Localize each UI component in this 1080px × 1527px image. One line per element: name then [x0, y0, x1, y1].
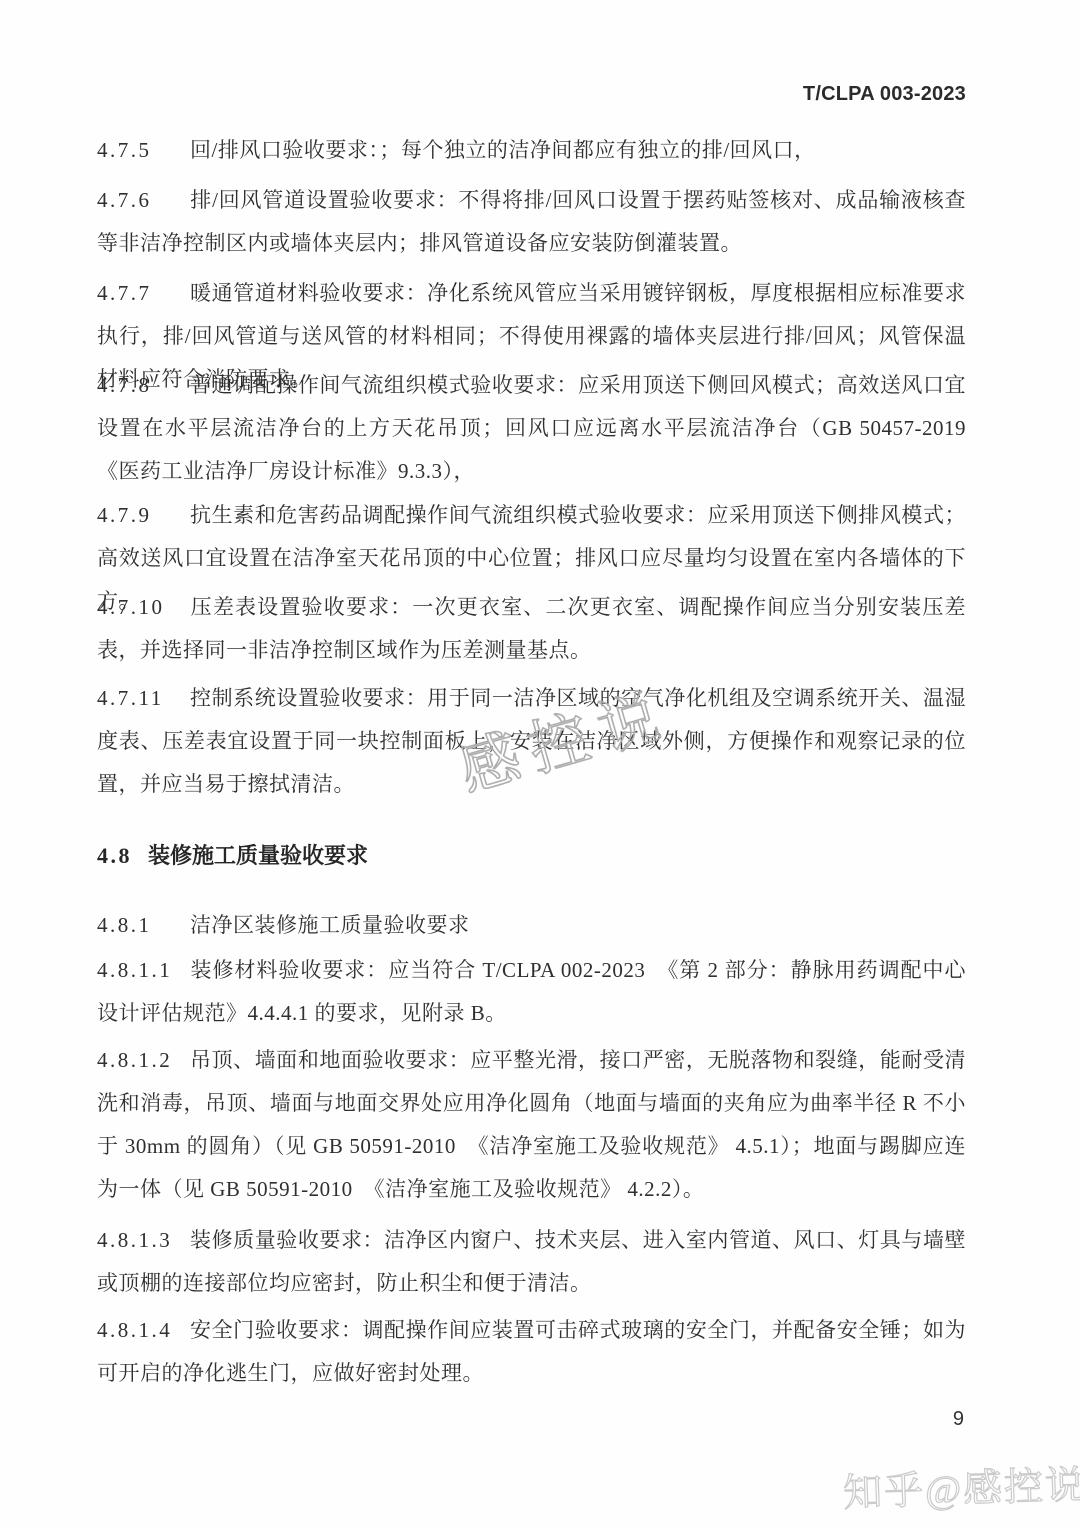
clause-4-7-8: 4.7.8普通调配操作间气流组织模式验收要求：应采用顶送下侧回风模式；高效送风口… [97, 364, 966, 493]
clause-number: 4.8.1.3 [97, 1219, 190, 1262]
clause-4-8-1: 4.8.1洁净区装修施工质量验收要求 [97, 904, 966, 947]
section-title: 装修施工质量验收要求 [148, 843, 368, 868]
clause-text: 排/回风管道设置验收要求：不得将排/回风口设置于摆药贴签核对、成品输液核查等非洁… [97, 188, 966, 255]
page-number: 9 [953, 1408, 964, 1431]
clause-number: 4.7.9 [97, 494, 190, 537]
clause-text: 装修质量验收要求：洁净区内窗户、技术夹层、进入室内管道、风口、灯具与墙壁或顶棚的… [97, 1228, 966, 1295]
clause-4-8-1-4: 4.8.1.4安全门验收要求：调配操作间应装置可击碎式玻璃的安全门，并配备安全锤… [97, 1309, 966, 1395]
clause-number: 4.8.1.4 [97, 1309, 190, 1352]
clause-number: 4.8.1.1 [97, 949, 190, 992]
clause-4-7-6: 4.7.6排/回风管道设置验收要求：不得将排/回风口设置于摆药贴签核对、成品输液… [97, 179, 966, 265]
clause-number: 4.8.1 [97, 904, 190, 947]
clause-4-8-1-3: 4.8.1.3装修质量验收要求：洁净区内窗户、技术夹层、进入室内管道、风口、灯具… [97, 1219, 966, 1305]
clause-text: 吊顶、墙面和地面验收要求：应平整光滑，接口严密，无脱落物和裂缝，能耐受清洗和消毒… [97, 1048, 966, 1201]
clause-number: 4.7.7 [97, 272, 190, 315]
clause-4-7-5: 4.7.5回/排风口验收要求：；每个独立的洁净间都应有独立的排/回风口， [97, 129, 966, 172]
clause-4-7-10: 4.7.10压差表设置验收要求：一次更衣室、二次更衣室、调配操作间应当分别安装压… [97, 586, 966, 672]
clause-number: 4.7.11 [97, 677, 190, 720]
clause-4-8-1-2: 4.8.1.2吊顶、墙面和地面验收要求：应平整光滑，接口严密，无脱落物和裂缝，能… [97, 1039, 966, 1211]
clause-text: 控制系统设置验收要求：用于同一洁净区域的空气净化机组及空调系统开关、温湿度表、压… [97, 686, 966, 796]
document-code: T/CLPA 003-2023 [803, 83, 966, 106]
clause-4-7-11: 4.7.11控制系统设置验收要求：用于同一洁净区域的空气净化机组及空调系统开关、… [97, 677, 966, 806]
clause-number: 4.7.8 [97, 364, 190, 407]
section-number: 4.8 [97, 834, 132, 877]
clause-4-8-1-1: 4.8.1.1装修材料验收要求：应当符合 T/CLPA 002-2023 《第 … [97, 949, 966, 1035]
clause-number: 4.7.10 [97, 586, 190, 629]
clause-number: 4.7.5 [97, 129, 190, 172]
corner-watermark: 知乎@感控说 [842, 1454, 1080, 1518]
clause-text: 普通调配操作间气流组织模式验收要求：应采用顶送下侧回风模式；高效送风口宜设置在水… [97, 373, 988, 483]
clause-number: 4.7.6 [97, 179, 190, 222]
section-heading-4-8: 4.8装修施工质量验收要求 [97, 834, 966, 877]
clause-number: 4.8.1.2 [97, 1039, 190, 1082]
document-page: T/CLPA 003-2023 4.7.5回/排风口验收要求：；每个独立的洁净间… [0, 0, 1080, 1527]
clause-text: 压差表设置验收要求：一次更衣室、二次更衣室、调配操作间应当分别安装压差表，并选择… [97, 595, 966, 662]
clause-text: 洁净区装修施工质量验收要求 [190, 913, 470, 937]
clause-text: 回/排风口验收要求：；每个独立的洁净间都应有独立的排/回风口， [190, 138, 816, 162]
clause-text: 装修材料验收要求：应当符合 T/CLPA 002-2023 《第 2 部分：静脉… [97, 958, 966, 1025]
clause-text: 安全门验收要求：调配操作间应装置可击碎式玻璃的安全门，并配备安全锤；如为可开启的… [97, 1318, 966, 1385]
